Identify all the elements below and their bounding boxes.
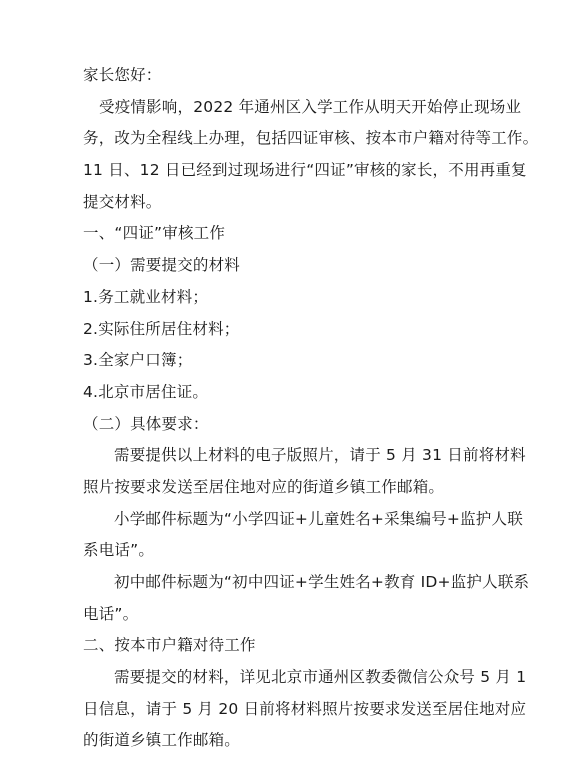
requirement-para3-line2: 电话”。 (83, 599, 499, 631)
requirement-para1-line2: 照片按要求发送至居住地对应的街道乡镇工作邮箱。 (83, 472, 499, 504)
section2-heading: 二、按本市户籍对待工作 (83, 630, 499, 662)
requirement-para1-line1: 需要提供以上材料的电子版照片，请于 5 月 31 日前将材料 (83, 440, 499, 472)
greeting: 家长您好： (83, 60, 499, 92)
requirement-para2-line1: 小学邮件标题为“小学四证+儿童姓名+采集编号+监护人联 (83, 504, 499, 536)
section2-para-line1: 需要提交的材料，详见北京市通州区教委微信公众号 5 月 1 (83, 662, 499, 694)
requirement-para2-line2: 系电话”。 (83, 535, 499, 567)
intro-line-2: 务，改为全程线上办理，包括四证审核、按本市户籍对待等工作。 (83, 123, 499, 155)
section1-sub2-heading: （二）具体要求： (83, 409, 499, 441)
requirement-para3-line1: 初中邮件标题为“初中四证+学生姓名+教育 ID+监护人联系 (83, 567, 499, 599)
material-item-3: 3.全家户口簿； (83, 345, 499, 377)
material-item-4: 4.北京市居住证。 (83, 377, 499, 409)
intro-line-1: 受疫情影响，2022 年通州区入学工作从明天开始停止现场业 (83, 92, 499, 124)
document-page: 家长您好： 受疫情影响，2022 年通州区入学工作从明天开始停止现场业 务，改为… (83, 60, 499, 757)
section1-heading: 一、“四证”审核工作 (83, 218, 499, 250)
intro-line-3: 11 日、12 日已经到过现场进行“四证”审核的家长，不用再重复 (83, 155, 499, 187)
section1-sub1-heading: （一）需要提交的材料 (83, 250, 499, 282)
material-item-1: 1.务工就业材料； (83, 282, 499, 314)
intro-line-4: 提交材料。 (83, 187, 499, 219)
section2-para-line3: 的街道乡镇工作邮箱。 (83, 725, 499, 757)
material-item-2: 2.实际住所居住材料； (83, 314, 499, 346)
section2-para-line2: 日信息，请于 5 月 20 日前将材料照片按要求发送至居住地对应 (83, 694, 499, 726)
